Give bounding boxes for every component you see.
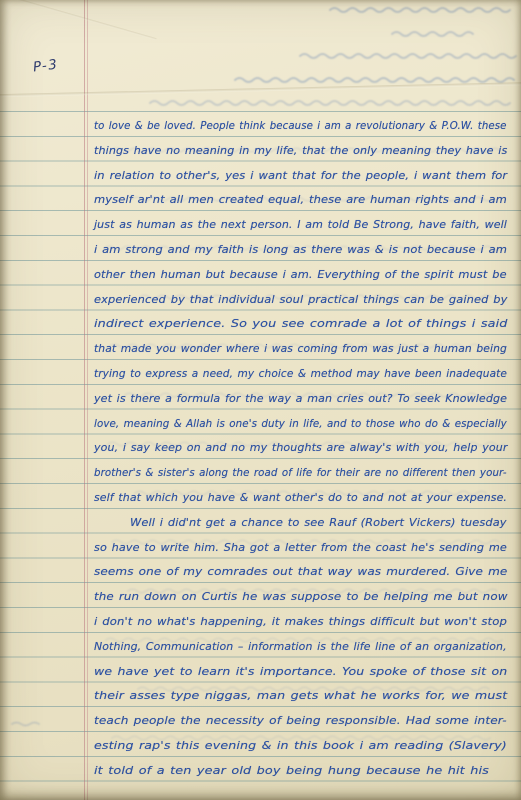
letter-line: self that which you have & want other's … [94, 483, 507, 508]
letter-line: things have no meaning in my life, that … [94, 136, 507, 161]
letter-line: we have yet to learn it's importance. Yo… [94, 657, 507, 682]
letter-line: Well i did'nt get a chance to see Rauf (… [130, 508, 507, 533]
letter-line: so have to write him. Sha got a letter f… [94, 533, 507, 558]
letter-line: other then human but because i am. Every… [94, 260, 507, 285]
letter-line: esting rap's this evening & in this book… [94, 731, 507, 756]
letter-line: yet is there a formula for the way a man… [94, 384, 507, 409]
letter-line: their asses type niggas, man gets what h… [94, 681, 507, 706]
letter-line: love, meaning & Allah is one's duty in l… [94, 409, 507, 434]
letter-line: just as human as the next person. I am t… [94, 210, 507, 235]
letter-line: to love & be loved. People think because… [94, 111, 507, 136]
letter-line: teach people the necessity of being resp… [94, 706, 507, 731]
letter-line: Nothing, Communication – information is … [94, 632, 507, 657]
letter-line: that made you wonder where i was coming … [94, 334, 507, 359]
letter-line: it told of a ten year old boy being hung… [94, 756, 489, 781]
letter-page: P-3 to love & be loved. People think bec… [0, 0, 521, 800]
letter-line: the run down on Curtis he was suppose to… [94, 582, 508, 607]
letter-line: brother's & sister's along the road of l… [94, 458, 507, 483]
paper-crease-corner [0, 0, 157, 40]
letter-line: experienced by that individual soul prac… [94, 285, 507, 310]
letter-line: you, i say keep on and no my thoughts ar… [94, 433, 507, 458]
paper-crease [0, 82, 521, 98]
letter-line: i don't no what's happening, it makes th… [94, 607, 507, 632]
margin-line [84, 0, 85, 800]
letter-line: trying to express a need, my choice & me… [94, 359, 507, 384]
letter-line: i am strong and my faith is long as ther… [94, 235, 507, 260]
letter-line: seems one of my comrades out that way wa… [94, 557, 507, 582]
letter-line: indirect experience. So you see comrade … [94, 309, 508, 334]
letter-line: myself ar'nt all men created equal, thes… [94, 185, 507, 210]
margin-line-inner [87, 0, 88, 800]
letter-line: in relation to other's, yes i want that … [94, 161, 507, 186]
page-number-marker: P-3 [32, 57, 59, 76]
